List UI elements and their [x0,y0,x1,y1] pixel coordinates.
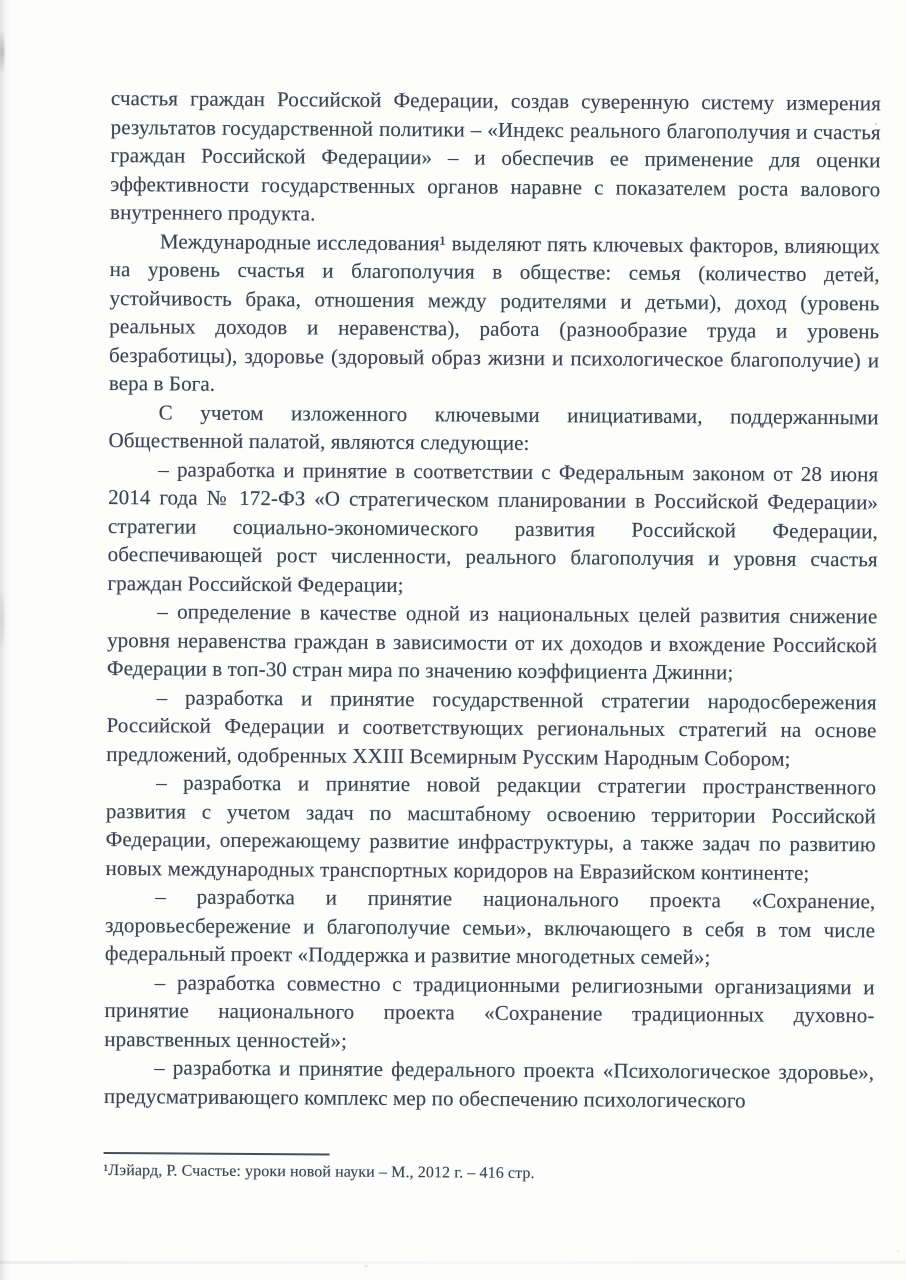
scan-bottom-edge-shadow [0,1261,906,1264]
list-item-psychological-health-project: – разработка и принятие федерального про… [104,1053,874,1115]
footnote-area: ¹Лэйард, Р. Счастье: уроки новой науки –… [103,1152,723,1185]
paragraph-key-initiatives-intro: С учетом изложенного ключевыми инициатив… [108,397,878,459]
list-item-family-wellbeing-project: – разработка и принятие национального пр… [105,882,876,973]
list-item-strategy-172-fz: – разработка и принятие в соответствии с… [107,454,878,602]
footnote-text: ¹Лэйард, Р. Счастье: уроки новой науки –… [103,1161,723,1185]
list-item-traditional-values-project: – разработка совместно с традиционными р… [104,967,875,1058]
paragraph-international-research: Международные исследования¹ выделяют пят… [109,226,880,402]
scan-left-edge-shadow [0,0,11,1280]
paragraph-continuation: счастья граждан Российской Федерации, со… [110,84,881,232]
list-item-national-saving-strategy: – разработка и принятие государственной … [106,682,877,773]
list-item-inequality-gini: – определение в качестве одной из национ… [107,597,878,688]
scanned-document-page: счастья граждан Российской Федерации, со… [0,0,906,1280]
list-item-spatial-development: – разработка и принятие новой редакции с… [105,768,876,887]
footnote-separator-line [104,1152,330,1156]
document-body: счастья граждан Российской Федерации, со… [103,84,881,1249]
